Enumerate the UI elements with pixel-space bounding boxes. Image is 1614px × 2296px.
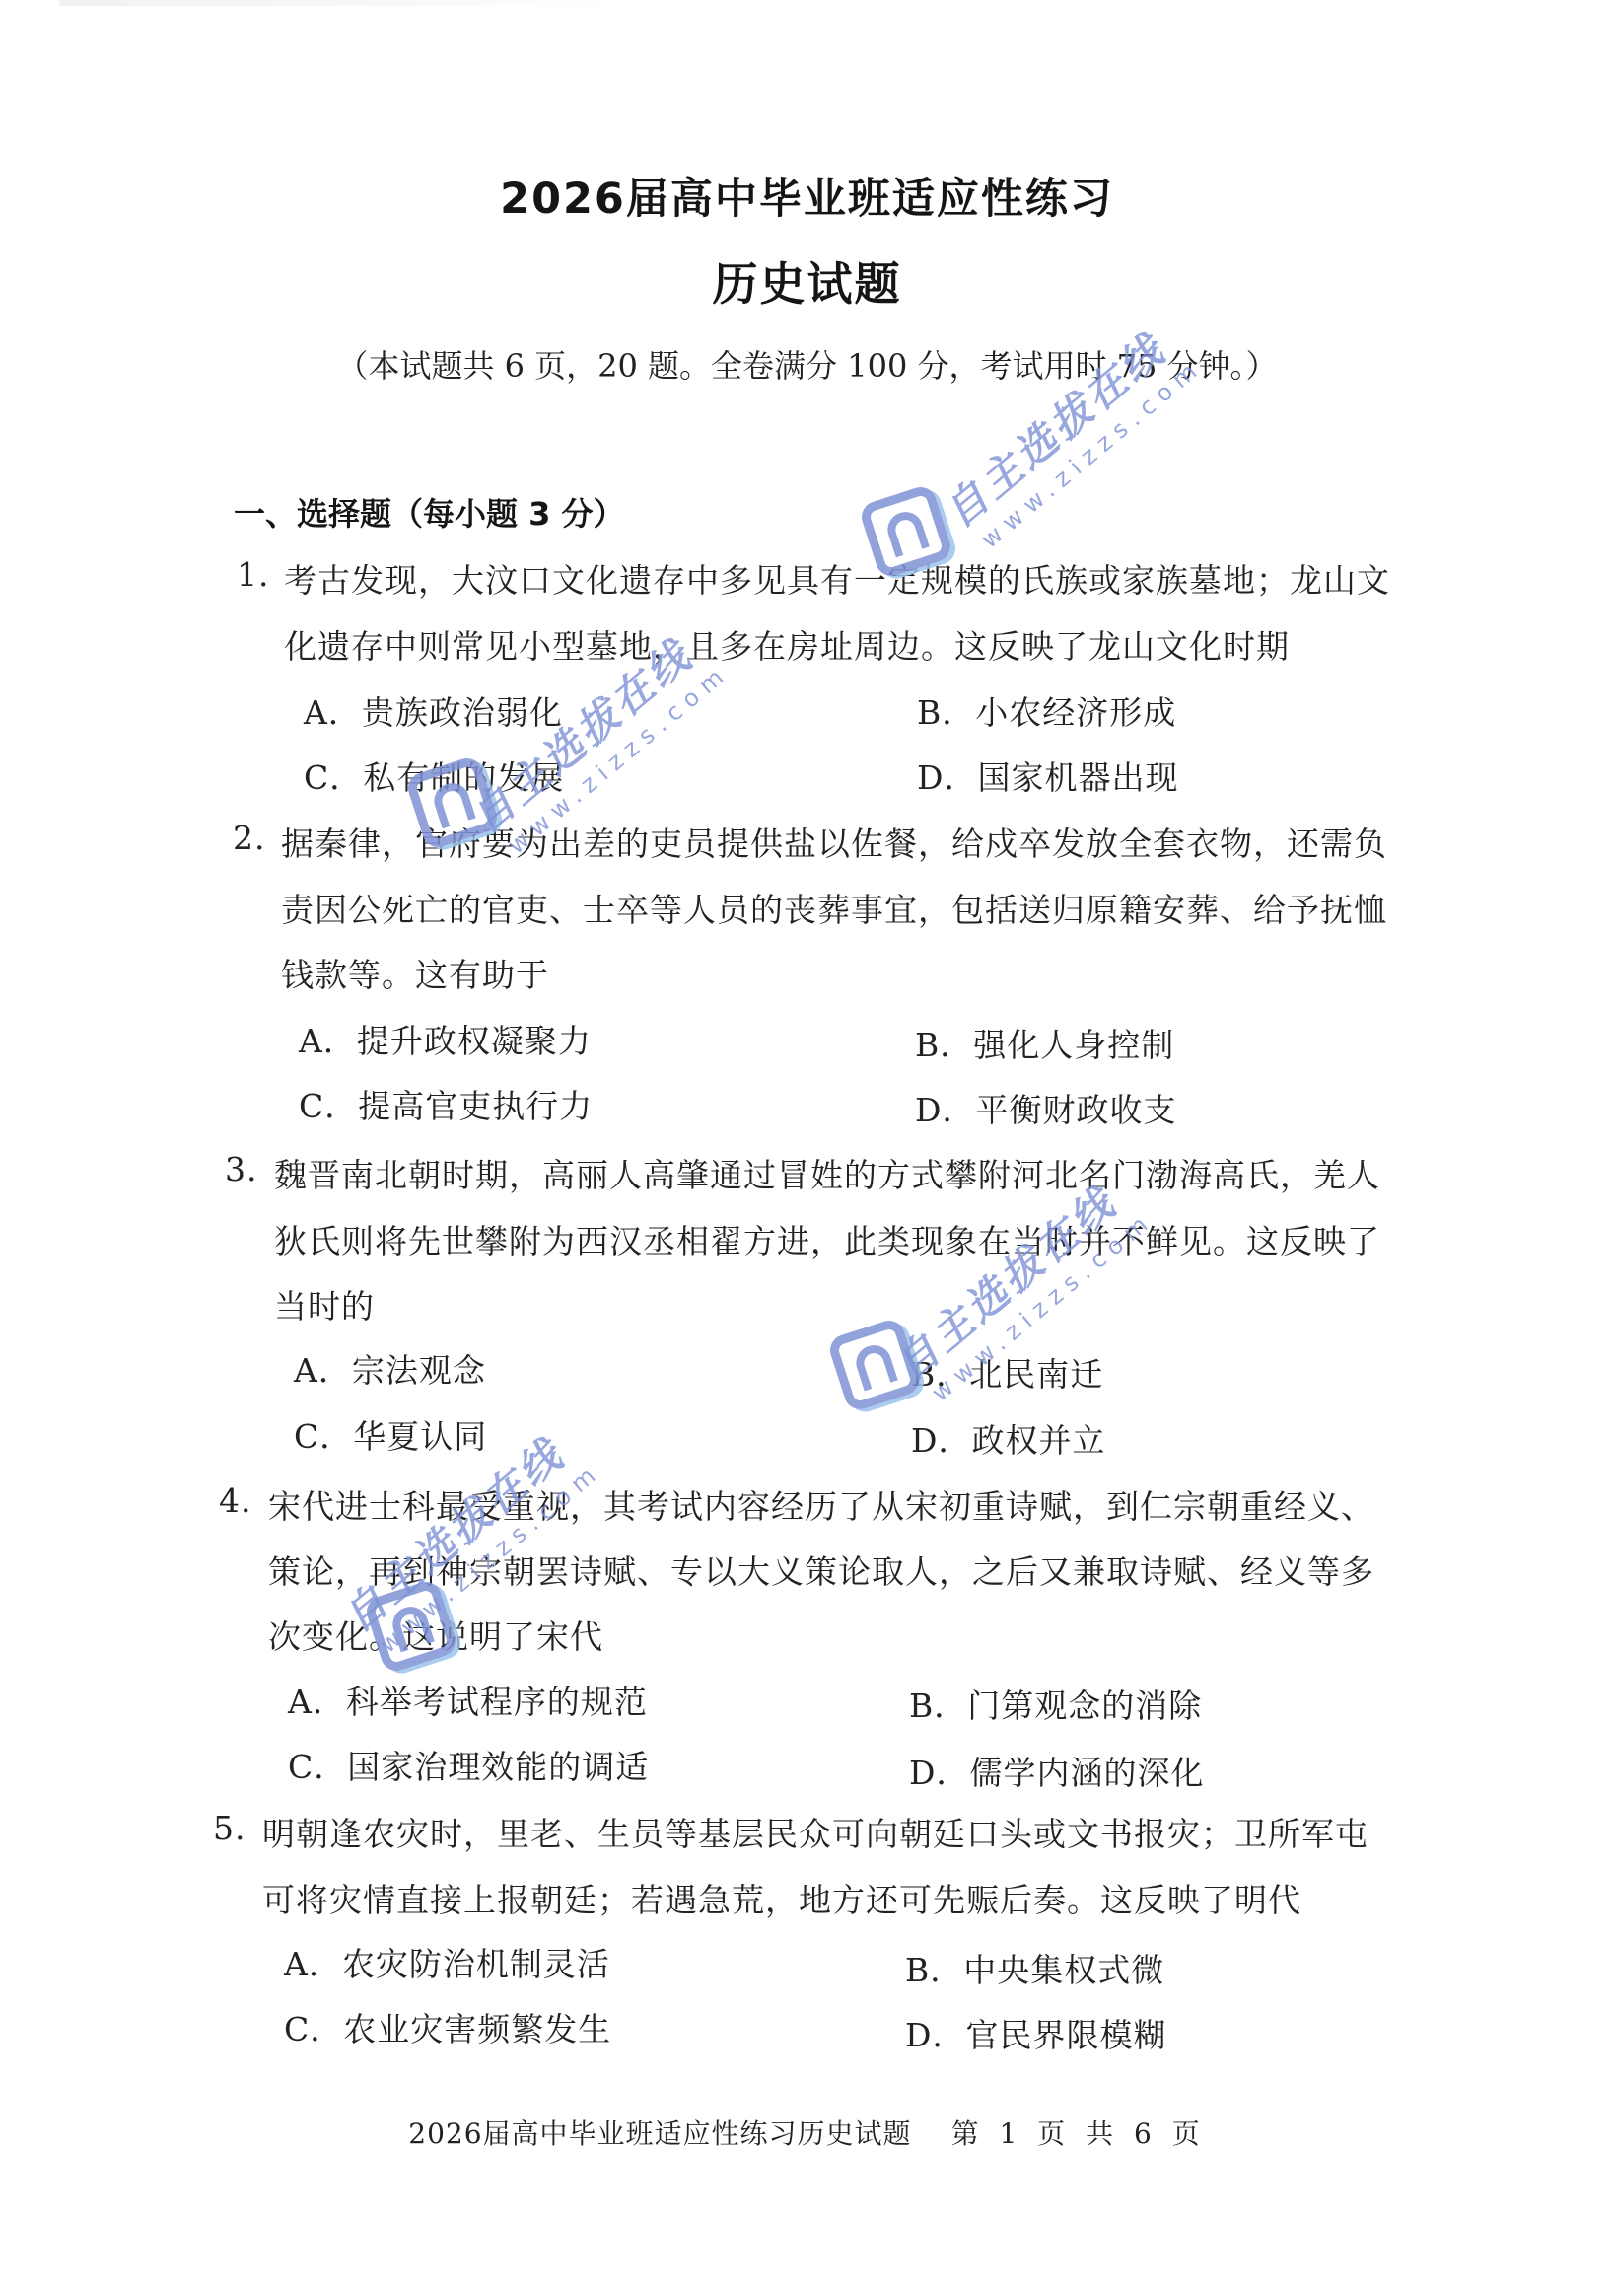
- question-number: 4.: [219, 1481, 252, 1520]
- question-text-line: 化遗存中则常见小型墓地，且多在房址周边。这反映了龙山文化时期: [284, 621, 1290, 668]
- question-text-line: 考古发现，大汶口文化遗存中多见具有一定规模的氏族或家族墓地；龙山文: [284, 555, 1390, 602]
- exam-title: 2026届高中毕业班适应性练习: [0, 166, 1614, 226]
- option-a[interactable]: A．科举考试程序的规范: [288, 1677, 648, 1723]
- option-c[interactable]: C．国家治理效能的调适: [288, 1742, 649, 1788]
- option-c[interactable]: C．提高官吏执行力: [299, 1081, 593, 1127]
- option-b[interactable]: B．强化人身控制: [915, 1020, 1174, 1066]
- question-text-line: 据秦律，官府要为出差的吏员提供盐以佐餐，给戍卒发放全套衣物，还需负: [281, 819, 1387, 865]
- option-d[interactable]: D．政权并立: [911, 1415, 1105, 1462]
- option-d[interactable]: D．国家机器出现: [917, 753, 1178, 799]
- scan-edge-artifact: [59, 0, 611, 6]
- question-number: 1.: [237, 555, 270, 594]
- option-c[interactable]: C．私有制的发展: [304, 753, 564, 799]
- watermark-logo-icon: [826, 1317, 923, 1413]
- option-c[interactable]: C．华夏认同: [294, 1411, 487, 1458]
- option-a[interactable]: A．贵族政治弱化: [304, 687, 563, 734]
- exam-subject: 历史试题: [0, 249, 1614, 314]
- option-d[interactable]: D．儒学内涵的深化: [909, 1748, 1204, 1794]
- question-text-line: 次变化。这说明了宋代: [268, 1612, 603, 1658]
- question-text-line: 宋代进士科最受重视，其考试内容经历了从宋初重诗赋，到仁宗朝重经义、: [268, 1481, 1374, 1528]
- page-number: 第 1 页 共 6 页: [951, 2117, 1206, 2150]
- section-heading: 一、选择题（每小题 3 分）: [234, 489, 625, 535]
- option-a[interactable]: A．宗法观念: [294, 1345, 486, 1392]
- question-text-line: 责因公死亡的官吏、士卒等人员的丧葬事宜，包括送归原籍安葬、给予抚恤: [281, 885, 1387, 931]
- option-b[interactable]: B．小农经济形成: [917, 687, 1176, 734]
- option-a[interactable]: A．提升政权凝聚力: [299, 1016, 592, 1062]
- option-b[interactable]: B．门第观念的消除: [909, 1681, 1202, 1727]
- footer-title: 2026届高中毕业班适应性练习历史试题: [408, 2117, 911, 2150]
- option-a[interactable]: A．农灾防治机制灵活: [284, 1939, 610, 1985]
- option-b[interactable]: B．北民南迁: [911, 1349, 1103, 1396]
- question-text-line: 明朝逢农灾时，里老、生员等基层民众可向朝廷口头或文书报灾；卫所军屯: [262, 1809, 1368, 1855]
- question-number: 5.: [213, 1809, 246, 1847]
- question-text-line: 可将灾情直接上报朝廷；若遇急荒，地方还可先赈后奏。这反映了明代: [262, 1875, 1301, 1921]
- page-footer: 2026届高中毕业班适应性练习历史试题第 1 页 共 6 页: [0, 2113, 1614, 2152]
- question-text-line: 钱款等。这有助于: [281, 950, 549, 996]
- question-text-line: 狄氏则将先世攀附为西汉丞相翟方进，此类现象在当时并不鲜见。这反映了: [274, 1216, 1380, 1262]
- question-text-line: 策论，再到神宗朝罢诗赋、专以大义策论取人，之后又兼取诗赋、经义等多: [268, 1546, 1374, 1593]
- exam-instructions: （本试题共 6 页，20 题。全卷满分 100 分，考试用时 75 分钟。）: [0, 341, 1614, 387]
- question-number: 2.: [233, 819, 266, 857]
- option-d[interactable]: D．官民界限模糊: [905, 2010, 1166, 2056]
- question-text-line: 当时的: [274, 1281, 375, 1327]
- question-number: 3.: [225, 1150, 258, 1188]
- option-d[interactable]: D．平衡财政收支: [915, 1085, 1176, 1131]
- question-text-line: 魏晋南北朝时期，高丽人高肇通过冒姓的方式攀附河北名门渤海高氏，羌人: [274, 1150, 1380, 1196]
- option-b[interactable]: B．中央集权式微: [905, 1945, 1164, 1991]
- option-c[interactable]: C．农业灾害频繁发生: [284, 2004, 611, 2050]
